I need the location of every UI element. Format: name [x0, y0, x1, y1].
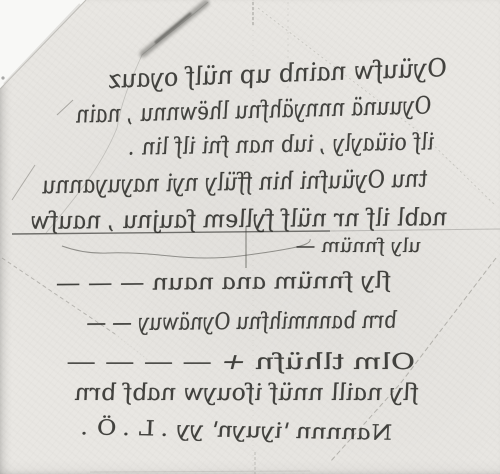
corner-speck: [1, 76, 4, 79]
handwriting-line: brn bannmihfnu Oynäwuy — —: [84, 306, 401, 336]
handwriting-line: Oyüufw nainb up nülf oyauz: [105, 52, 450, 94]
handwriting-line: ilf oiüayly , iub nan fni ilf lin .: [126, 128, 437, 161]
tear-line: [62, 239, 310, 258]
handwriting-line: Olm tlhüfn + — — — —: [64, 349, 418, 375]
scanned-letter: Oyüufw nainb up nülf oyauz Oyuunä nnnyäh…: [0, 0, 500, 474]
bottom-edge-shadow: [90, 471, 310, 472]
handwriting-line: tnu Oyüufni hin ffüly nyi nayuyannu: [39, 164, 431, 199]
handwriting-line: Nannnn 'iyuyn' yy . L . Ö .: [78, 415, 396, 446]
handwriting-line: Oyuunä nnnyähfnu lhëwnnu , nain: [73, 91, 434, 129]
handwriting-line: nabl ilf nr nülf fyllem faujnu , naufw: [27, 202, 451, 234]
letter-scan-canvas: Oyüufw nainb up nülf oyauz Oyuunä nnnyäh…: [0, 0, 500, 474]
crease-smudge-core: [156, 14, 190, 42]
crease-segment-b: [12, 165, 35, 200]
handwriting-line: fly naill nnüf ifouyw nabf brn: [72, 378, 425, 406]
handwriting: Oyüufw nainb up nülf oyauz Oyuunä nnnyäh…: [27, 52, 451, 445]
handwriting-line: uly fnnüm —: [293, 234, 424, 257]
handwriting-line: fly fnnüm ana naun — — —: [53, 268, 396, 297]
crease-segment-a: [57, 100, 73, 115]
